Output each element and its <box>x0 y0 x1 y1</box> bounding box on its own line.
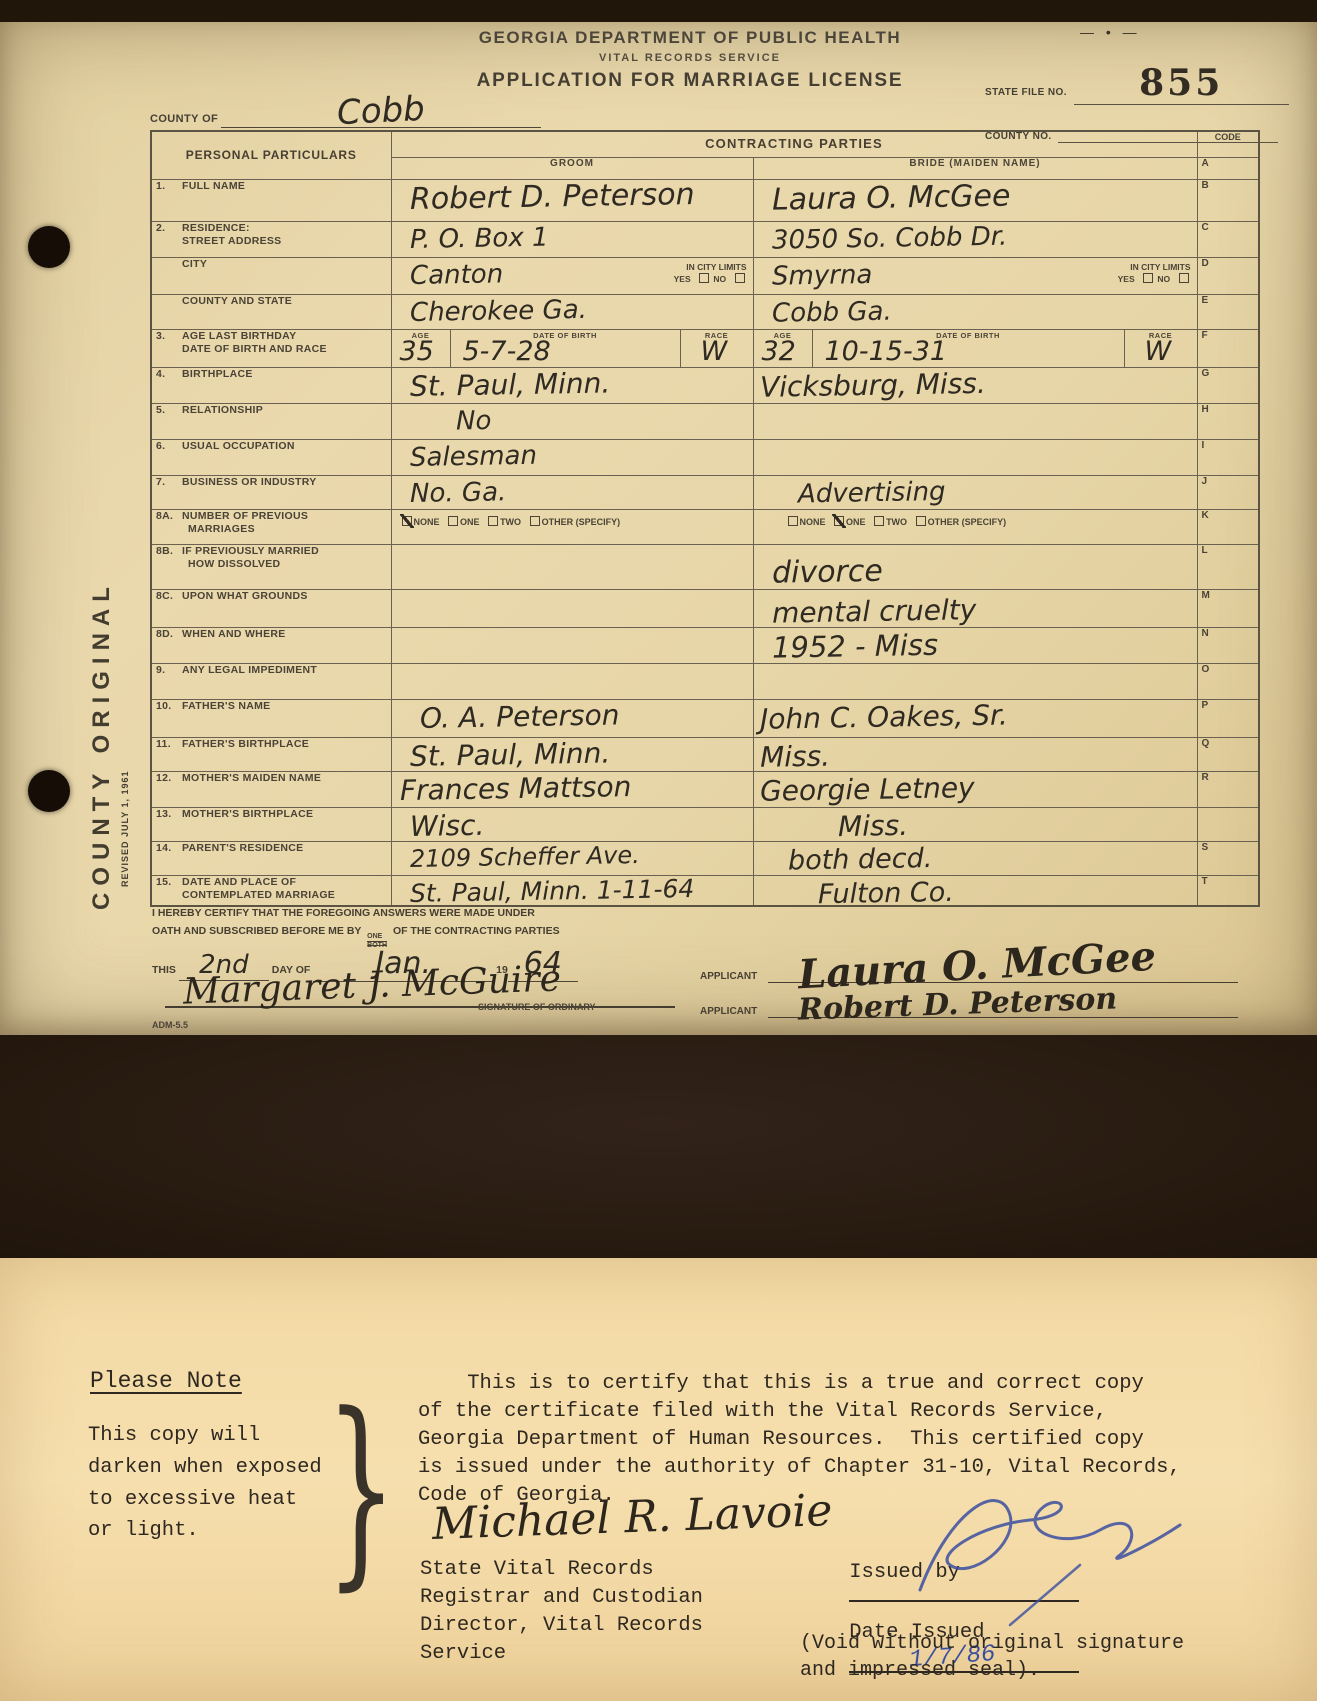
row-number: 7. <box>156 476 182 489</box>
groom-how-dissolved <box>410 544 749 550</box>
row-label: AGE LAST BIRTHDAY <box>182 330 296 342</box>
row-contemplated-marriage: 15.DATE AND PLACE OF CONTEMPLATED MARRIA… <box>151 875 1259 906</box>
bride-two-checkbox <box>874 516 884 526</box>
row-how-dissolved: 8B.IF PREVIOUSLY MARRIED HOW DISSOLVED d… <box>151 544 1259 589</box>
pen-marks: — • — <box>1080 24 1141 40</box>
code-letter: G <box>1197 367 1259 403</box>
bride-street-address: 3050 So. Cobb Dr. <box>771 220 1192 253</box>
row-label: UPON WHAT GROUNDS <box>182 590 308 602</box>
row-legal-impediment: 9.ANY LEGAL IMPEDIMENT O <box>151 663 1259 699</box>
department-title: GEORGIA DEPARTMENT OF PUBLIC HEALTH <box>430 28 950 48</box>
groom-city-no-checkbox <box>735 273 745 283</box>
groom-impediment <box>410 663 749 669</box>
groom-birthplace: St. Paul, Minn. <box>409 367 748 401</box>
code-letter: D <box>1197 257 1259 294</box>
county-of-line: COUNTY OF Cobb <box>150 96 541 128</box>
code-letter: H <box>1197 403 1259 439</box>
form-number: ADM-5.5 <box>152 1020 188 1030</box>
please-note-body: This copy will darken when exposed to ex… <box>88 1420 322 1547</box>
groom-county-state: Cherokee Ga. <box>409 294 748 326</box>
groom-previous-marriages-checkboxes: NONE ONE TWO OTHER (SPECIFY) <box>396 510 749 527</box>
code-letter: C <box>1197 221 1259 257</box>
curly-brace: } <box>325 1388 397 1593</box>
code-letter: K <box>1197 509 1259 544</box>
groom-one-checkbox <box>448 516 458 526</box>
scanned-marriage-license-document: GEORGIA DEPARTMENT OF PUBLIC HEALTH VITA… <box>0 0 1317 1701</box>
row-number: 11. <box>156 738 182 751</box>
row-label: CITY <box>182 258 207 270</box>
groom-occupation: Salesman <box>409 439 748 471</box>
bride-mother-birthplace: Miss. <box>837 806 1192 840</box>
row-business: 7.BUSINESS OR INDUSTRY No. Ga. Advertisi… <box>151 475 1259 509</box>
row-label: RELATIONSHIP <box>182 404 263 416</box>
row-label-line2: STREET ADDRESS <box>182 235 282 247</box>
row-label: COUNTY AND STATE <box>182 295 292 307</box>
row-label-line2: DATE OF BIRTH AND RACE <box>182 343 327 355</box>
row-number: 2. <box>156 222 182 235</box>
groom-other-checkbox <box>530 516 540 526</box>
bride-full-name: Laura O. McGee <box>771 178 1192 215</box>
groom-column-header: GROOM <box>391 157 753 179</box>
code-letter: T <box>1197 875 1259 906</box>
row-label: ANY LEGAL IMPEDIMENT <box>182 664 317 676</box>
row-number: 5. <box>156 404 182 417</box>
groom-relationship: No <box>455 403 748 434</box>
scratched-word: ORDINARY <box>548 1002 596 1012</box>
row-age-dob-race: 3.AGE LAST BIRTHDAY DATE OF BIRTH AND RA… <box>151 329 1259 367</box>
groom-in-city-limits: IN CITY LIMITS YES NO <box>674 261 747 287</box>
row-full-name: 1.FULL NAME Robert D. Peterson Laura O. … <box>151 179 1259 221</box>
contracting-parties-header: CONTRACTING PARTIES <box>391 131 1197 157</box>
row-label: NUMBER OF PREVIOUS <box>182 510 308 522</box>
applicant2-line: APPLICANT Robert D. Peterson <box>700 993 1238 1018</box>
code-letter: O <box>1197 663 1259 699</box>
row-label: FATHER'S NAME <box>182 700 270 712</box>
row-county-state: COUNTY AND STATE Cherokee Ga. Cobb Ga. E <box>151 294 1259 329</box>
state-file-label: STATE FILE NO. <box>985 87 1067 98</box>
row-relationship: 5.RELATIONSHIP No H <box>151 403 1259 439</box>
row-previous-marriages: 8A.NUMBER OF PREVIOUS MARRIAGES NONE ONE… <box>151 509 1259 544</box>
officiant-signature-line: Margaret J. McGuire <box>165 965 675 1008</box>
registrar-title: State Vital Records Registrar and Custod… <box>420 1556 703 1668</box>
row-when-where: 8D.WHEN AND WHERE 1952 - Miss N <box>151 627 1259 663</box>
state-file-number: 855 <box>1139 62 1223 104</box>
code-letter: A <box>1197 157 1259 179</box>
row-label: FULL NAME <box>182 180 245 192</box>
groom-full-name: Robert D. Peterson <box>409 179 748 215</box>
bride-race: W <box>1145 336 1197 367</box>
row-number: 6. <box>156 440 182 453</box>
groom-race: W <box>701 336 753 367</box>
bride-father-birthplace: Miss. <box>759 736 1192 772</box>
bride-occupation <box>772 438 1193 445</box>
row-label: MOTHER'S MAIDEN NAME <box>182 772 321 784</box>
bride-birthplace: Vicksburg, Miss. <box>759 366 1192 402</box>
row-label: PARENT'S RESIDENCE <box>182 842 303 854</box>
code-column-header: CODE <box>1197 131 1259 157</box>
groom-two-checkbox <box>488 516 498 526</box>
marriage-date-place: St. Paul, Minn. 1-11-64 <box>409 875 748 906</box>
groom-business: No. Ga. <box>409 475 748 507</box>
row-label-line2: HOW DISSOLVED <box>188 558 280 570</box>
groom-mother-maiden-name: Frances Mattson <box>399 770 748 804</box>
bride-in-city-limits: IN CITY LIMITS YES NO <box>1118 261 1191 287</box>
row-number: 9. <box>156 664 182 677</box>
row-street-address: 2.RESIDENCE: STREET ADDRESS P. O. Box 1 … <box>151 221 1259 257</box>
bride-father-name: John C. Oakes, Sr. <box>759 698 1192 734</box>
bride-other-checkbox <box>916 516 926 526</box>
personal-particulars-header: PERSONAL PARTICULARS <box>151 131 391 179</box>
code-letter: Q <box>1197 737 1259 771</box>
groom-age: 35 <box>400 336 450 367</box>
county-of-value: Cobb <box>337 94 426 129</box>
scan-edge <box>0 0 1317 22</box>
groom-mother-birthplace: Wisc. <box>409 807 748 841</box>
row-number: 1. <box>156 180 182 193</box>
groom-when-where <box>410 627 749 633</box>
bride-how-dissolved: divorce <box>771 551 1192 588</box>
bride-impediment <box>772 662 1193 669</box>
service-title: VITAL RECORDS SERVICE <box>430 52 950 64</box>
contracting-parties-table: PERSONAL PARTICULARS CONTRACTING PARTIES… <box>150 130 1260 907</box>
row-number: 8A. <box>156 510 182 523</box>
row-number: 8C. <box>156 590 182 603</box>
row-label-line2: CONTEMPLATED MARRIAGE <box>182 889 335 901</box>
row-number: 3. <box>156 330 182 343</box>
code-letter: B <box>1197 179 1259 221</box>
row-label: MOTHER'S BIRTHPLACE <box>182 808 313 820</box>
row-label: BIRTHPLACE <box>182 368 253 380</box>
row-city: CITY Canton IN CITY LIMITS YES NO Smyrna… <box>151 257 1259 294</box>
file-number-block: STATE FILE NO. 855 COUNTY NO. <box>985 48 1305 143</box>
groom-father-name: O. A. Peterson <box>419 699 748 733</box>
certify-line1: I HEREBY CERTIFY THAT THE FOREGOING ANSW… <box>152 905 672 923</box>
bride-when-where: 1952 - Miss <box>771 626 1192 662</box>
row-label: RESIDENCE: <box>182 222 250 234</box>
county-of-label: COUNTY OF <box>150 113 218 125</box>
bride-business: Advertising <box>797 474 1192 507</box>
row-label: BUSINESS OR INDUSTRY <box>182 476 317 488</box>
row-number: 14. <box>156 842 182 855</box>
code-letter: J <box>1197 475 1259 509</box>
bride-mother-maiden-name: Georgie Letney <box>759 770 1192 806</box>
code-letter: I <box>1197 439 1259 475</box>
row-label: DATE AND PLACE OF <box>182 876 296 888</box>
row-number: 8B. <box>156 545 182 558</box>
bride-one-checkbox <box>834 516 844 526</box>
bride-age: 32 <box>762 336 812 367</box>
row-label: WHEN AND WHERE <box>182 628 286 640</box>
groom-dob: 5-7-28 <box>463 336 680 367</box>
row-label: IF PREVIOUSLY MARRIED <box>182 545 319 557</box>
bride-previous-marriages-checkboxes: NONE ONE TWO OTHER (SPECIFY) <box>782 510 1193 527</box>
bride-parents-residence: both decd. <box>787 840 1192 874</box>
bride-city-no-checkbox <box>1179 273 1189 283</box>
row-number: 13. <box>156 808 182 821</box>
revised-date-note: REVISED JULY 1, 1961 <box>120 712 130 887</box>
scan-background-gap <box>0 1035 1317 1258</box>
form-header: GEORGIA DEPARTMENT OF PUBLIC HEALTH VITA… <box>430 28 950 92</box>
row-number: 12. <box>156 772 182 785</box>
code-letter: E <box>1197 294 1259 329</box>
code-letter <box>1197 807 1259 841</box>
row-number: 4. <box>156 368 182 381</box>
bride-relationship <box>772 402 1193 409</box>
groom-street-address: P. O. Box 1 <box>409 221 748 253</box>
groom-father-birthplace: St. Paul, Minn. <box>409 737 748 771</box>
please-note-title: Please Note <box>90 1368 242 1394</box>
row-mother-maiden-name: 12.MOTHER'S MAIDEN NAME Frances Mattson … <box>151 771 1259 807</box>
certification-statement: I HEREBY CERTIFY THAT THE FOREGOING ANSW… <box>152 905 672 949</box>
void-note: (Void without original signature and imp… <box>800 1630 1184 1684</box>
hole-punch-bottom <box>28 770 70 812</box>
row-parents-residence: 14.PARENT'S RESIDENCE 2109 Scheffer Ave.… <box>151 841 1259 875</box>
marriage-county: Fulton Co. <box>817 874 1192 908</box>
code-letter: L <box>1197 544 1259 589</box>
row-label: FATHER'S BIRTHPLACE <box>182 738 309 750</box>
bride-city-yes-checkbox <box>1143 273 1153 283</box>
bride-column-header: BRIDE (MAIDEN NAME) <box>753 157 1197 179</box>
signature-of-label: SIGNATURE OF ORDINARY <box>478 1002 596 1012</box>
groom-city-yes-checkbox <box>699 273 709 283</box>
row-father-name: 10.FATHER'S NAME O. A. Peterson John C. … <box>151 699 1259 737</box>
code-letter: M <box>1197 589 1259 627</box>
code-letter: S <box>1197 841 1259 875</box>
row-label-line2: MARRIAGES <box>188 523 255 535</box>
groom-grounds <box>410 589 749 595</box>
form-title: APPLICATION FOR MARRIAGE LICENSE <box>430 70 950 92</box>
code-letter: R <box>1197 771 1259 807</box>
bride-county-state: Cobb Ga. <box>771 293 1192 326</box>
county-original-stamp: COUNTY ORIGINAL <box>88 390 116 910</box>
code-letter: N <box>1197 627 1259 663</box>
code-letter: F <box>1197 329 1259 367</box>
row-number: 15. <box>156 876 182 889</box>
applicant1-line: APPLICANT Laura O. McGee <box>700 950 1238 983</box>
groom-none-checkbox <box>402 516 412 526</box>
row-grounds: 8C.UPON WHAT GROUNDS mental cruelty M <box>151 589 1259 627</box>
code-letter: P <box>1197 699 1259 737</box>
row-father-birthplace: 11.FATHER'S BIRTHPLACE St. Paul, Minn. M… <box>151 737 1259 771</box>
row-mother-birthplace: 13.MOTHER'S BIRTHPLACE Wisc. Miss. <box>151 807 1259 841</box>
hole-punch-top <box>28 226 70 268</box>
row-birthplace: 4.BIRTHPLACE St. Paul, Minn. Vicksburg, … <box>151 367 1259 403</box>
row-label: USUAL OCCUPATION <box>182 440 295 452</box>
bride-dob: 10-15-31 <box>825 336 1124 367</box>
bride-none-checkbox <box>788 516 798 526</box>
applicant2-signature: Robert D. Peterson <box>798 987 1118 1022</box>
row-number: 10. <box>156 700 182 713</box>
groom-parents-residence: 2109 Scheffer Ave. <box>409 841 748 871</box>
bride-grounds: mental cruelty <box>771 592 1192 627</box>
row-occupation: 6.USUAL OCCUPATION Salesman I <box>151 439 1259 475</box>
row-number: 8D. <box>156 628 182 641</box>
